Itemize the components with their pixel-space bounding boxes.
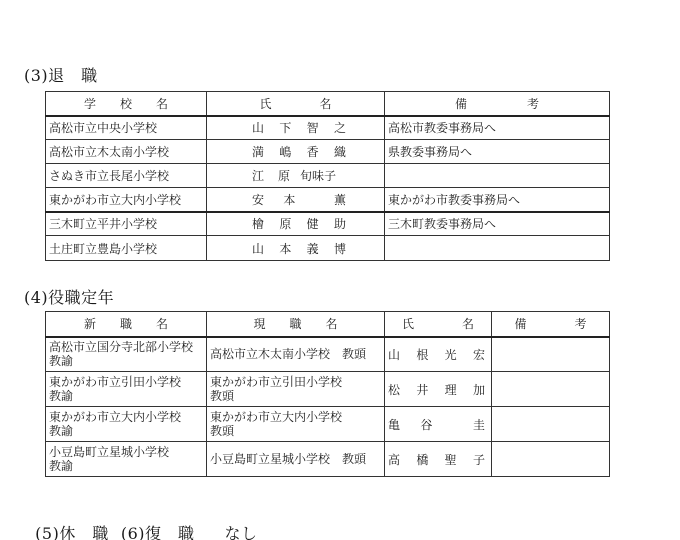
current-post-cell: 東かがわ市立引田小学校教頭: [207, 372, 385, 407]
name-cell: 安本薫: [207, 188, 385, 212]
new-post-cell: 東かがわ市立引田小学校教諭: [46, 372, 207, 407]
table-row: 高松市立国分寺北部小学校教諭 高松市立木太南小学校 教頭 山根光宏: [46, 337, 610, 372]
current-post-cell: 小豆島町立星城小学校 教頭: [207, 442, 385, 477]
remarks-cell: 高松市教委事務局へ: [385, 116, 610, 140]
post-retirement-table: 新 職 名 現 職 名 氏 名 備 考 高松市立国分寺北部小学校教諭 高松市立木…: [45, 311, 610, 477]
retirement-table: 学 校 名 氏 名 備 考 高松市立中央小学校 山下智之 高松市教委事務局へ 高…: [45, 91, 610, 261]
section-4-title: (4)役職定年: [24, 288, 114, 308]
header-person-name: 氏 名: [207, 92, 385, 116]
table-row: 高松市立中央小学校 山下智之 高松市教委事務局へ: [46, 116, 610, 140]
table-row: さぬき市立長尾小学校 江原旬味子: [46, 164, 610, 188]
table-row: 東かがわ市立大内小学校 安本薫 東かがわ市教委事務局へ: [46, 188, 610, 212]
school-cell: 高松市立中央小学校: [46, 116, 207, 140]
name-cell: 山根光宏: [385, 337, 492, 372]
table-row: 高松市立木太南小学校 満嶋香織 県教委事務局へ: [46, 140, 610, 164]
section-5-6-line: (5)休 職(6)復 職なし: [24, 504, 258, 540]
new-post-cell: 高松市立国分寺北部小学校教諭: [46, 337, 207, 372]
table-row: 土庄町立豊島小学校 山本義博: [46, 236, 610, 261]
name-cell: 江原旬味子: [207, 164, 385, 188]
name-cell: 松井理加: [385, 372, 492, 407]
header-remarks: 備 考: [492, 312, 610, 337]
name-cell: 山下智之: [207, 116, 385, 140]
table-row: 東かがわ市立引田小学校教諭 東かがわ市立引田小学校教頭 松井理加: [46, 372, 610, 407]
remarks-cell: [385, 164, 610, 188]
remarks-cell: [385, 236, 610, 261]
header-new-post: 新 職 名: [46, 312, 207, 337]
remarks-cell: [492, 372, 610, 407]
table-row: 東かがわ市立大内小学校教諭 東かがわ市立大内小学校教頭 亀谷圭: [46, 407, 610, 442]
remarks-cell: 三木町教委事務局へ: [385, 212, 610, 236]
leave-of-absence-label: (5)休 職: [35, 524, 109, 540]
name-cell: 高橋聖子: [385, 442, 492, 477]
name-cell: 満嶋香織: [207, 140, 385, 164]
school-cell: さぬき市立長尾小学校: [46, 164, 207, 188]
school-cell: 高松市立木太南小学校: [46, 140, 207, 164]
current-post-cell: 東かがわ市立大内小学校教頭: [207, 407, 385, 442]
table-row: 小豆島町立星城小学校教諭 小豆島町立星城小学校 教頭 高橋聖子: [46, 442, 610, 477]
current-post-cell: 高松市立木太南小学校 教頭: [207, 337, 385, 372]
none-value: なし: [225, 524, 258, 540]
remarks-cell: [492, 442, 610, 477]
reinstatement-label: (6)復 職: [121, 524, 195, 540]
remarks-cell: [492, 407, 610, 442]
school-cell: 三木町立平井小学校: [46, 212, 207, 236]
header-person-name: 氏 名: [385, 312, 492, 337]
school-cell: 土庄町立豊島小学校: [46, 236, 207, 261]
remarks-cell: 東かがわ市教委事務局へ: [385, 188, 610, 212]
name-cell: 檜原健助: [207, 212, 385, 236]
section-3-title: (3)退 職: [24, 66, 98, 86]
header-remarks: 備 考: [385, 92, 610, 116]
new-post-cell: 小豆島町立星城小学校教諭: [46, 442, 207, 477]
name-cell: 山本義博: [207, 236, 385, 261]
header-current-post: 現 職 名: [207, 312, 385, 337]
new-post-cell: 東かがわ市立大内小学校教諭: [46, 407, 207, 442]
header-school-name: 学 校 名: [46, 92, 207, 116]
table-row: 三木町立平井小学校 檜原健助 三木町教委事務局へ: [46, 212, 610, 236]
school-cell: 東かがわ市立大内小学校: [46, 188, 207, 212]
remarks-cell: 県教委事務局へ: [385, 140, 610, 164]
name-cell: 亀谷圭: [385, 407, 492, 442]
remarks-cell: [492, 337, 610, 372]
